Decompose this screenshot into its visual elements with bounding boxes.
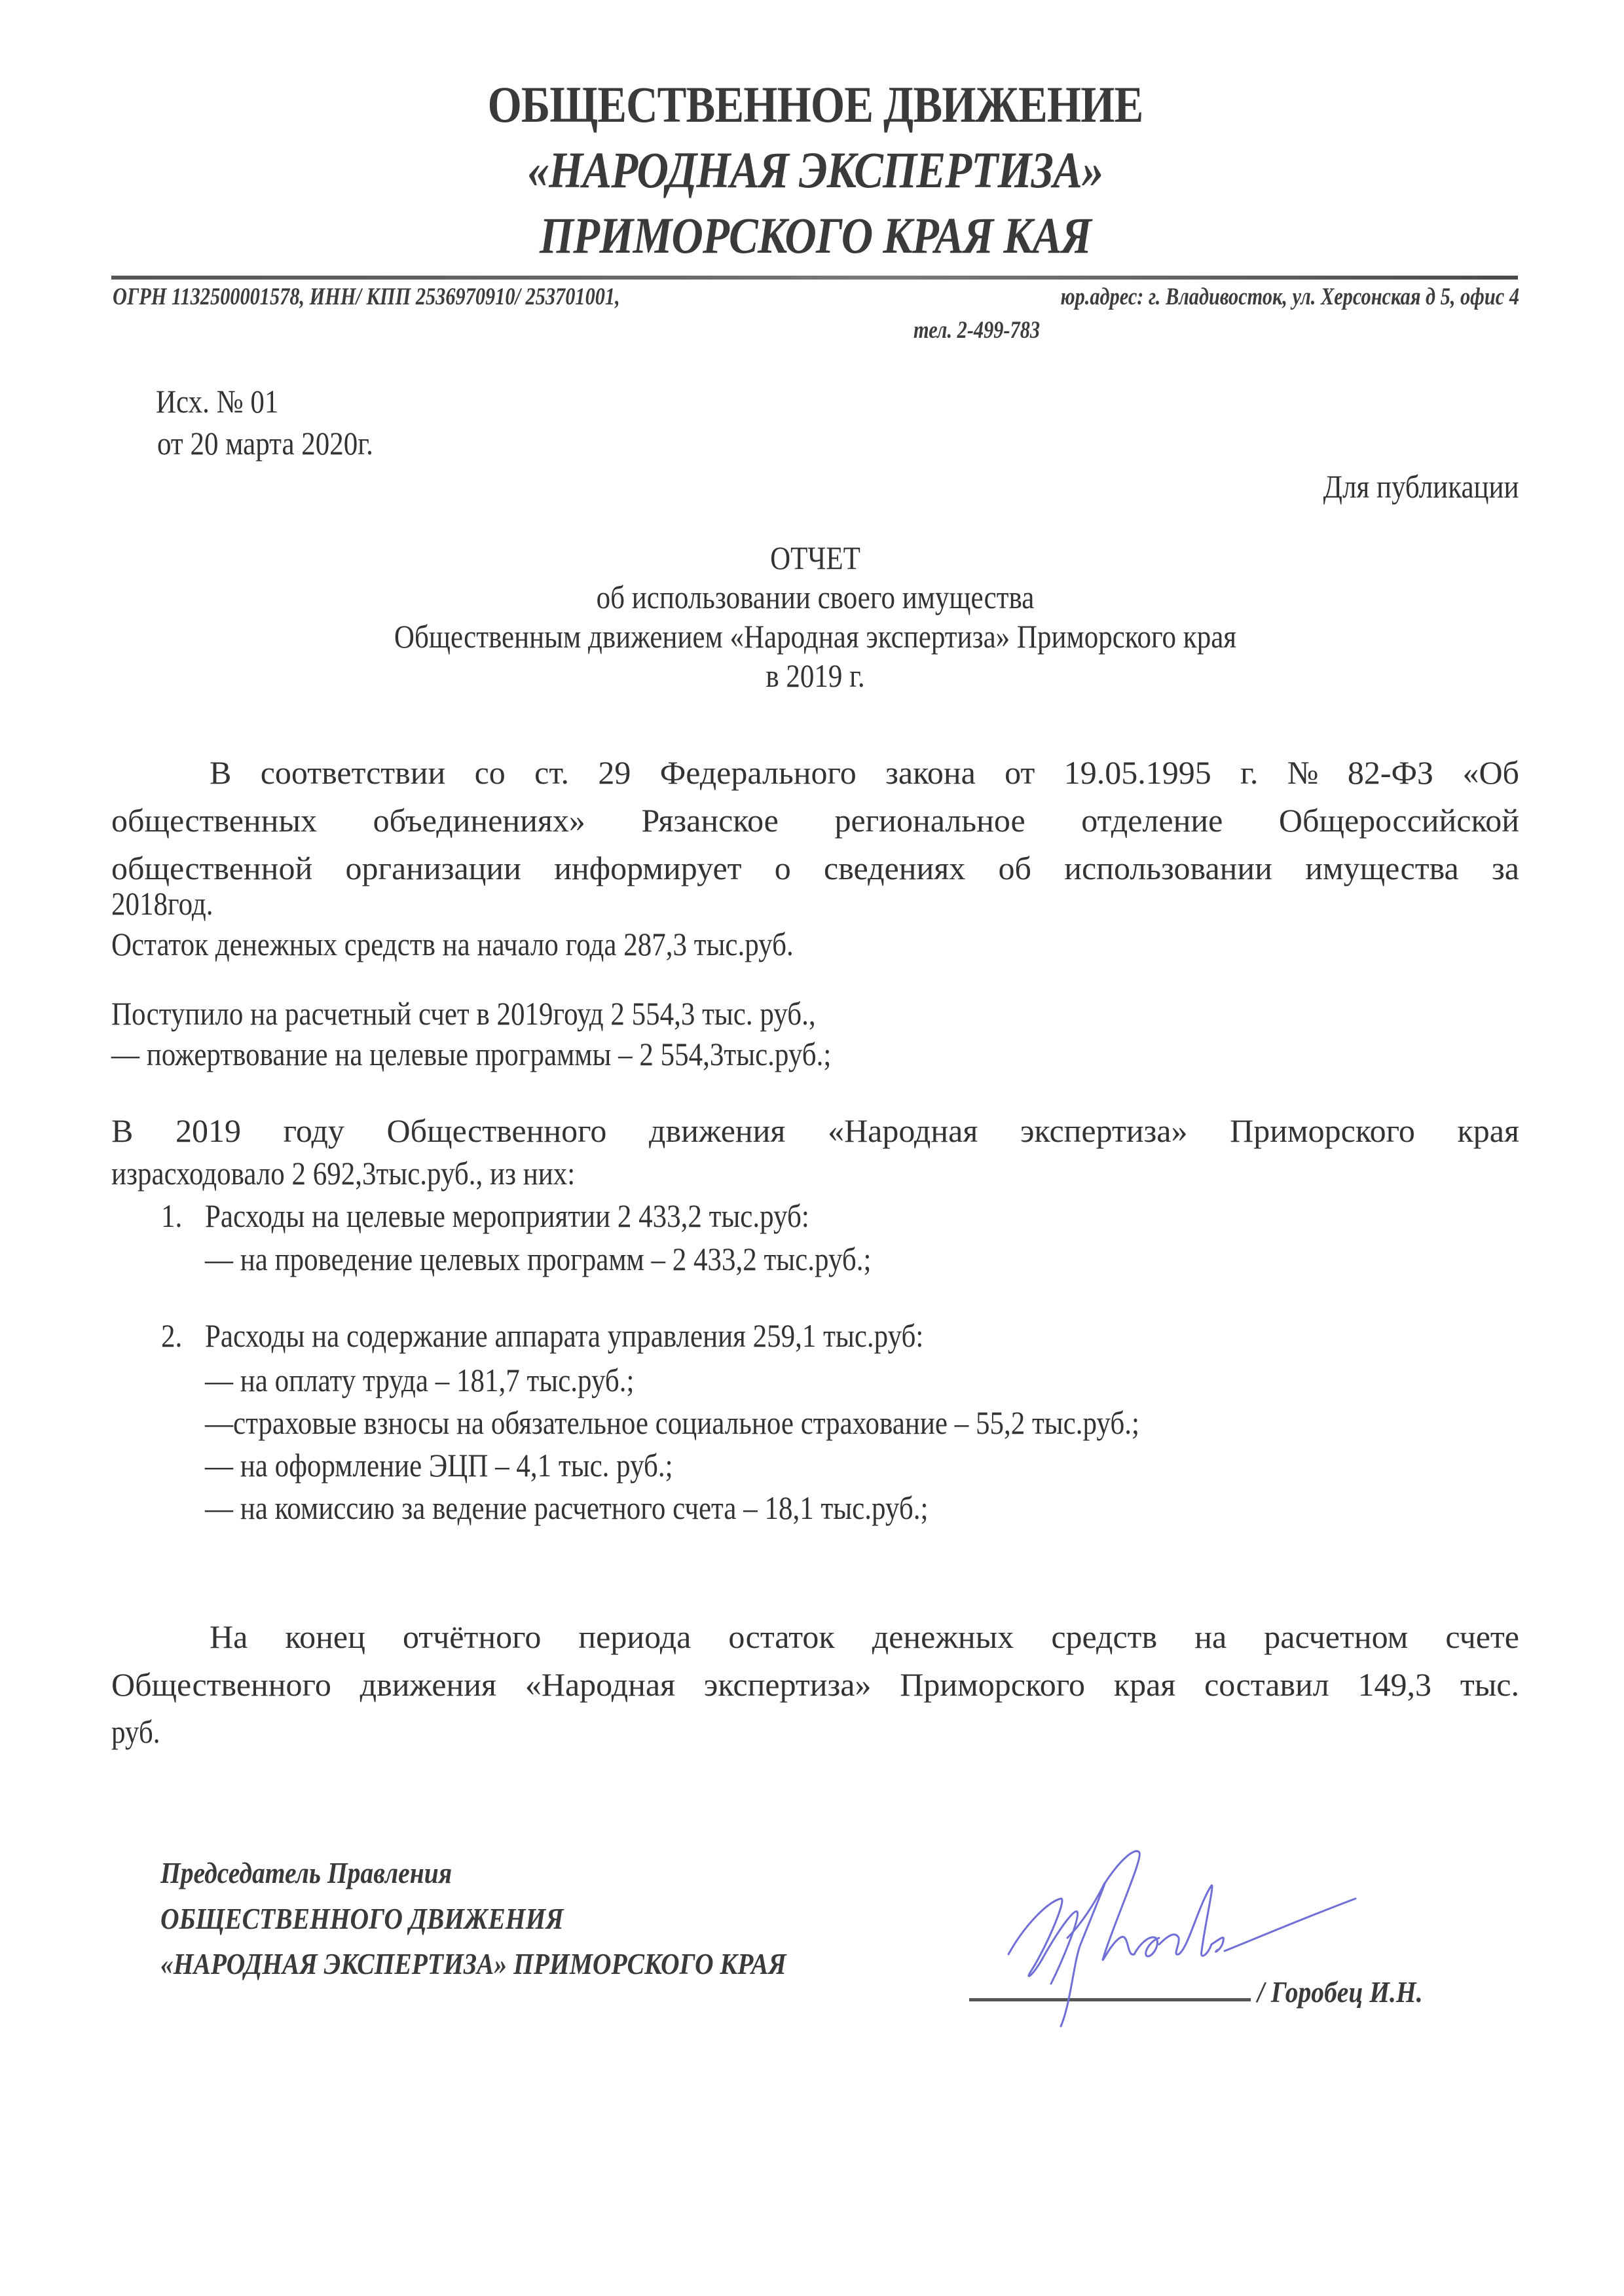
registration-numbers: ОГРН 1132500001578, ИНН/ КПП 2536970910/… — [113, 283, 620, 311]
letterhead-org-type: ОБЩЕСТВЕННОЕ ДВИЖЕНИЕ — [210, 72, 1421, 137]
intro-line-4: 2018год. — [111, 884, 213, 923]
intro-line-2: общественных объединениях» Рязанское рег… — [111, 801, 1519, 848]
closing-line-3: руб. — [111, 1712, 160, 1751]
closing-line-2: Общественного движения «Народная эксперт… — [111, 1665, 1519, 1713]
expenses-line-1: В 2019 году Общественного движения «Наро… — [111, 1111, 1519, 1159]
closing-paragraph: На конец отчётного периода остаток денеж… — [111, 1617, 1519, 1713]
intro-paragraph: В соответствии со ст. 29 Федерального за… — [111, 753, 1519, 896]
expense-item-2-detail-1: — на оплату труда – 181,7 тыс.руб.; — [205, 1360, 634, 1400]
expense-item-1-title: Расходы на целевые мероприятии 2 433,2 т… — [205, 1196, 809, 1235]
report-title: ОТЧЕТ об использовании своего имущества … — [111, 538, 1519, 695]
document-page: ОБЩЕСТВЕННОЕ ДВИЖЕНИЕ «НАРОДНАЯ ЭКСПЕРТИ… — [0, 0, 1624, 2296]
income-total: Поступило на расчетный счет в 2019гоуд 2… — [111, 994, 816, 1033]
opening-balance: Остаток денежных средств на начало года … — [111, 924, 794, 964]
document-date: от 20 марта 2020г. — [157, 424, 373, 463]
outgoing-number: Исх. № 01 — [156, 382, 278, 421]
letterhead-org-name: «НАРОДНАЯ ЭКСПЕРТИЗА» — [210, 137, 1421, 203]
expense-item-1-number: 1. — [161, 1196, 182, 1235]
legal-address: юр.адрес: г. Владивосток, ул. Херсонская… — [987, 283, 1519, 311]
expense-item-1-detail-1: — на проведение целевых программ – 2 433… — [205, 1239, 871, 1279]
income-donations: — пожертвование на целевые программы – 2… — [111, 1034, 831, 1074]
intro-line-3: общественной организации информирует о с… — [111, 848, 1519, 896]
expenses-paragraph: В 2019 году Общественного движения «Наро… — [111, 1111, 1519, 1159]
signer-org-line-2: «НАРОДНАЯ ЭКСПЕРТИЗА» ПРИМОРСКОГО КРАЯ — [160, 1945, 786, 1983]
letterhead: ОБЩЕСТВЕННОЕ ДВИЖЕНИЕ «НАРОДНАЯ ЭКСПЕРТИ… — [111, 72, 1519, 268]
expense-item-2-detail-2: —страховые взносы на обязательное социал… — [205, 1403, 1139, 1442]
report-title-organization: Общественным движением «Народная эксперт… — [210, 617, 1421, 656]
signer-position: Председатель Правления — [160, 1854, 452, 1892]
report-title-subject: об использовании своего имущества — [210, 577, 1421, 617]
expense-item-2-number: 2. — [161, 1316, 182, 1355]
expenses-total: израсходовало 2 692,3тыс.руб., из них: — [111, 1154, 575, 1193]
signer-org-line-1: ОБЩЕСТВЕННОГО ДВИЖЕНИЯ — [160, 1900, 564, 1938]
letterhead-divider — [111, 276, 1518, 280]
expense-item-2-detail-4: — на комиссию за ведение расчетного счет… — [205, 1488, 928, 1527]
expense-item-2-title: Расходы на содержание аппарата управлени… — [205, 1316, 923, 1355]
closing-line-1: На конец отчётного периода остаток денеж… — [111, 1617, 1519, 1665]
phone-number: тел. 2-499-783 — [913, 316, 1040, 344]
intro-line-1: В соответствии со ст. 29 Федерального за… — [111, 753, 1519, 801]
publication-note: Для публикации — [1323, 467, 1519, 506]
report-title-year: в 2019 г. — [210, 656, 1421, 695]
report-title-heading: ОТЧЕТ — [210, 538, 1421, 577]
signer-name: / Горобец И.Н. — [1257, 1975, 1423, 2009]
expense-item-2-detail-3: — на оформление ЭЦП – 4,1 тыс. руб.; — [205, 1446, 673, 1485]
letterhead-region: ПРИМОРСКОГО КРАЯ КАЯ — [210, 203, 1421, 268]
